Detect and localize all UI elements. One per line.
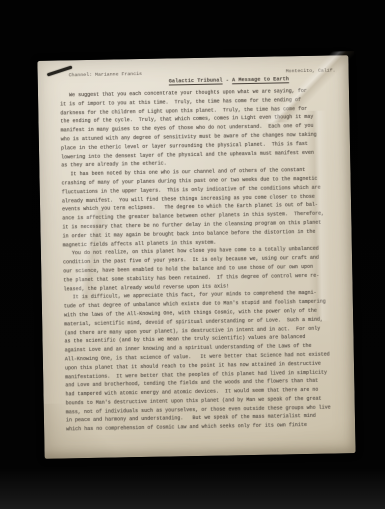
document-page: Channel: Marianne Francis Montecito, Cal… [37, 55, 355, 459]
document-byline: Channel: Marianne Francis [69, 72, 142, 79]
photo-background: Channel: Marianne Francis Montecito, Cal… [0, 0, 385, 509]
title-separator: - [222, 77, 232, 83]
title-part-2: A Message to Earth [232, 76, 289, 83]
title-part-1: Galactic Tribunal [169, 77, 223, 84]
page-title: Galactic Tribunal - A Message to Earth [169, 76, 289, 85]
document-body-text: We suggest that you each concentrate you… [60, 86, 338, 434]
document-location: Montecito, Calif. [286, 68, 336, 75]
